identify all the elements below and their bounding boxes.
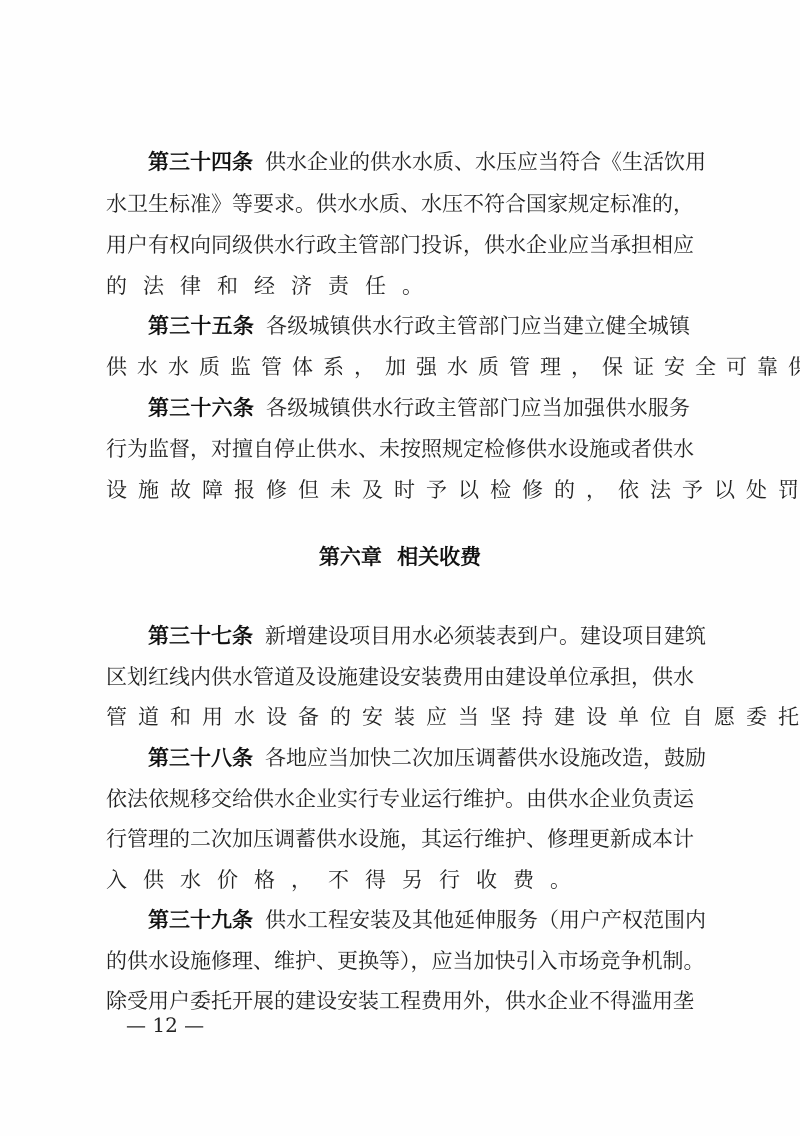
article-38-line-2: 依法依规移交给供水企业实行专业运行维护。由供水企业负责运 <box>106 784 690 814</box>
article-39-line-3: 除受用户委托开展的建设安装工程费用外，供水企业不得滥用垄 <box>106 986 690 1016</box>
article-36-line-1: 第三十六条各级城镇供水行政主管部门应当加强供水服务 <box>148 393 690 423</box>
article-34-line-2: 水卫生标准》等要求。供水水质、水压不符合国家规定标准的， <box>106 189 690 219</box>
document-page: 第三十四条供水企业的供水水质、水压应当符合《生活饮用 水卫生标准》等要求。供水水… <box>0 0 800 1136</box>
article-38-line-4: 入供水价格，不得另行收费。 <box>106 865 690 895</box>
article-35-line-1: 第三十五条各级城镇供水行政主管部门应当建立健全城镇 <box>148 311 690 341</box>
article-39-title: 第三十九条 <box>148 908 253 932</box>
article-36-title: 第三十六条 <box>148 396 254 420</box>
article-34-line-4: 的法律和经济责任。 <box>106 271 690 301</box>
article-35-title: 第三十五条 <box>148 314 254 338</box>
chapter-heading: 第六章 相关收费 <box>0 541 800 571</box>
article-36-line-3: 设施故障报修但未及时予以检修的，依法予以处罚。 <box>106 475 690 505</box>
article-34-line-3: 用户有权向同级供水行政主管部门投诉，供水企业应当承担相应 <box>106 230 690 260</box>
article-34-line-1: 第三十四条供水企业的供水水质、水压应当符合《生活饮用 <box>148 147 690 177</box>
article-37-line-1: 第三十七条新增建设项目用水必须装表到户。建设项目建筑 <box>148 621 690 651</box>
article-38-line-3: 行管理的二次加压调蓄供水设施，其运行维护、修理更新成本计 <box>106 824 690 854</box>
article-34-title: 第三十四条 <box>148 150 253 174</box>
article-37-title: 第三十七条 <box>148 624 253 648</box>
article-35-line-2: 供水水质监管体系，加强水质管理，保证安全可靠供水。 <box>106 352 690 382</box>
article-37-line-2: 区划红线内供水管道及设施建设安装费用由建设单位承担，供水 <box>106 662 690 692</box>
article-37-line-3: 管道和用水设备的安装应当坚持建设单位自愿委托的原则。 <box>106 702 690 732</box>
article-39-line-1: 第三十九条供水工程安装及其他延伸服务（用户产权范围内 <box>148 905 690 935</box>
article-36-line-2: 行为监督，对擅自停止供水、未按照规定检修供水设施或者供水 <box>106 434 690 464</box>
page-number: — 12 — <box>126 1013 204 1037</box>
article-38-line-1: 第三十八条各地应当加快二次加压调蓄供水设施改造，鼓励 <box>148 743 690 773</box>
article-39-line-2: 的供水设施修理、维护、更换等），应当加快引入市场竞争机制。 <box>106 946 690 976</box>
article-38-title: 第三十八条 <box>148 746 253 770</box>
